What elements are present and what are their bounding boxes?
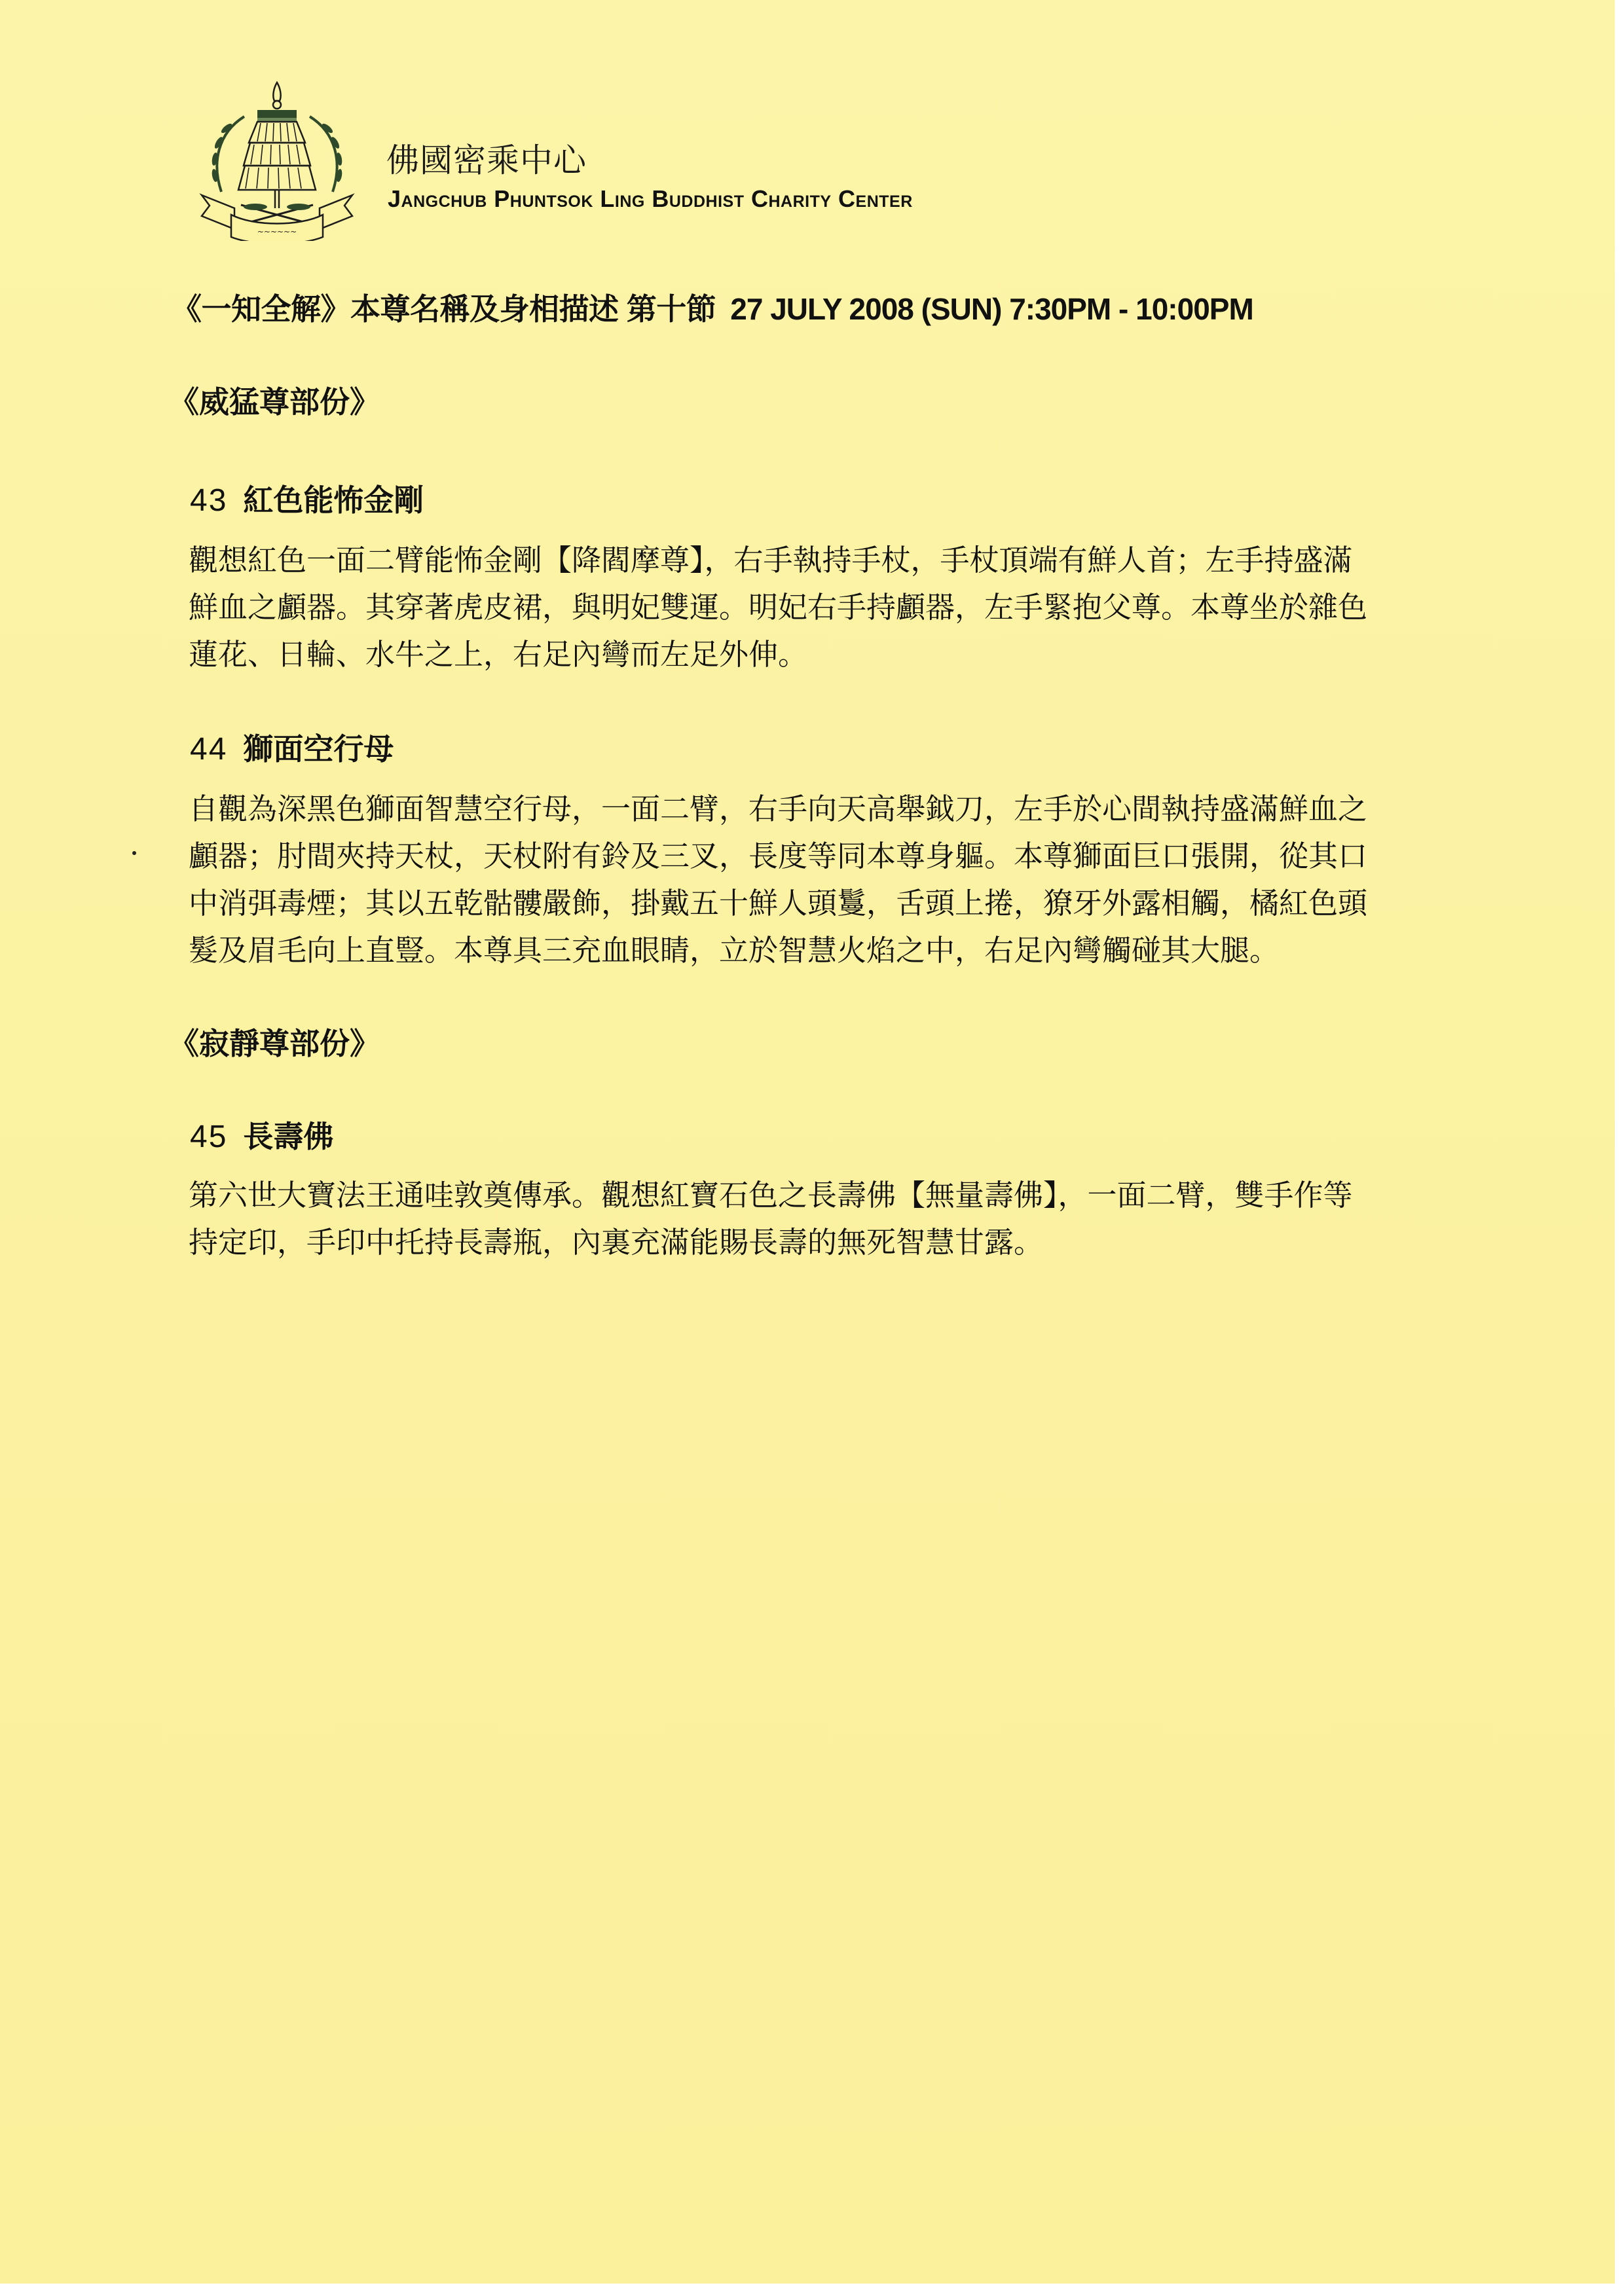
org-name-chinese: 佛國密乘中心 — [386, 134, 587, 181]
description-line: 自觀為深黑色獅面智慧空行母，一面二臂，右手向天高舉鉞刀，左手於心間執持盛滿鮮血之 — [189, 786, 1452, 833]
item-number: 43 — [190, 483, 227, 518]
item-heading-43: 43紅色能怖金剛 — [190, 477, 424, 520]
description-line: 第六世大寶法王通哇敦奠傳承。觀想紅寶石色之長壽佛【無量壽佛】，一面二臂，雙手作等 — [189, 1172, 1452, 1219]
description-line: 觀想紅色一面二臂能怖金剛【降閻摩尊】，右手執持手杖，手杖頂端有鮮人首；左手持盛滿 — [189, 537, 1452, 584]
item-name: 獅面空行母 — [243, 731, 394, 767]
description-line: 持定印，手印中托持長壽瓶，內裏充滿能賜長壽的無死智慧甘露。 — [189, 1219, 1452, 1266]
description-line: 蓮花、日輪、水牛之上，右足內彎而左足外伸。 — [189, 631, 1452, 678]
item-number: 44 — [190, 732, 227, 767]
section-heading-peaceful: 《寂靜尊部份》 — [169, 1020, 380, 1063]
org-name-english: Jangchub Phuntsok Ling Buddhist Charity … — [388, 185, 913, 213]
item-name: 紅色能怖金剛 — [243, 483, 424, 518]
description-line: 中消弭毒煙；其以五乾骷髏嚴飾，掛戴五十鮮人頭鬘，舌頭上捲，獠牙外露相觸，橘紅色頭 — [189, 880, 1452, 927]
scan-speck — [132, 851, 136, 855]
item-description-44: 自觀為深黑色獅面智慧空行母，一面二臂，右手向天高舉鉞刀，左手於心間執持盛滿鮮血之… — [189, 786, 1452, 974]
item-heading-44: 44獅面空行母 — [190, 725, 394, 769]
item-name: 長壽佛 — [243, 1119, 333, 1154]
section-heading-wrathful: 《威猛尊部份》 — [169, 378, 380, 422]
description-line: 鮮血之顱器。其穿著虎皮裙，與明妃雙運。明妃右手持顱器，左手緊抱父尊。本尊坐於雜色 — [189, 584, 1452, 631]
item-description-43: 觀想紅色一面二臂能怖金剛【降閻摩尊】，右手執持手杖，手杖頂端有鮮人首；左手持盛滿… — [189, 537, 1452, 678]
parasol-wreath-emblem-icon: ~~~~~~ — [195, 77, 359, 241]
session-title: 《一知全解》本尊名稱及身相描述 第十節27 JULY 2008 (SUN) 7:… — [172, 285, 1253, 329]
scan-margin-right — [1615, 0, 1624, 2296]
description-line: 髮及眉毛向上直豎。本尊具三充血眼睛，立於智慧火焰之中，右足內彎觸碰其大腿。 — [189, 927, 1452, 974]
item-number: 45 — [190, 1120, 227, 1154]
session-title-chinese: 《一知全解》本尊名稱及身相描述 第十節 — [172, 292, 716, 326]
description-line: 顱器；肘間夾持天杖，天杖附有鈴及三叉，長度等同本尊身軀。本尊獅面巨口張開，從其口 — [189, 833, 1452, 880]
session-date-time: 27 JULY 2008 (SUN) 7:30PM - 10:00PM — [730, 292, 1253, 326]
item-description-45: 第六世大寶法王通哇敦奠傳承。觀想紅寶石色之長壽佛【無量壽佛】，一面二臂，雙手作等… — [189, 1172, 1452, 1266]
svg-text:~~~~~~: ~~~~~~ — [257, 227, 297, 236]
item-heading-45: 45長壽佛 — [190, 1113, 333, 1156]
scan-margin-bottom — [0, 2284, 1624, 2296]
